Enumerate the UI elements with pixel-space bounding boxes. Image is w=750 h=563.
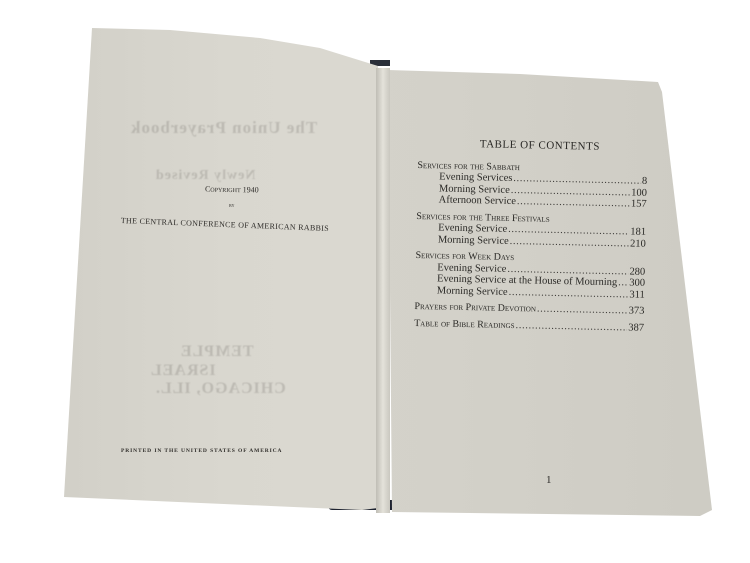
bleed-through-block-1: TEMPLE bbox=[180, 343, 254, 361]
toc-entry-page: 387 bbox=[628, 322, 644, 334]
book-gutter bbox=[376, 68, 390, 513]
bleed-through-title: The Union Prayerbook bbox=[130, 118, 317, 138]
bleed-through-subtitle: Newly Revised bbox=[155, 168, 256, 184]
printed-in-line: PRINTED IN THE UNITED STATES OF AMERICA bbox=[121, 448, 282, 454]
toc-entry-page: 210 bbox=[630, 238, 646, 250]
toc-entry-label: Afternoon Service bbox=[439, 194, 516, 207]
toc-section-weekdays: Services for Week Days Evening Service 2… bbox=[415, 250, 646, 301]
toc-entry-page: 181 bbox=[630, 226, 646, 238]
by-line: by bbox=[229, 203, 235, 209]
toc-entry-page: 280 bbox=[629, 266, 645, 278]
toc-entry-page: 100 bbox=[631, 187, 647, 199]
page-number: 1 bbox=[546, 474, 552, 486]
copyright-line: Copyright 1940 bbox=[205, 185, 259, 195]
leader-dots bbox=[509, 286, 629, 300]
toc-entry-page: 8 bbox=[642, 176, 647, 188]
toc-entry: Table of Bible Readings 387 bbox=[414, 317, 644, 333]
toc-entry-label: Prayers for Private Devotion bbox=[414, 301, 536, 315]
toc-section-festivals: Services for the Three Festivals Evening… bbox=[416, 210, 647, 249]
toc-section-sabbath: Services for the Sabbath Evening Service… bbox=[417, 159, 648, 210]
toc-entry-page: 300 bbox=[629, 277, 645, 289]
leader-dots bbox=[537, 304, 628, 317]
toc-entry-label: Morning Service bbox=[438, 234, 509, 247]
leader-dots bbox=[517, 196, 630, 210]
table-of-contents: TABLE OF CONTENTS Services for the Sabba… bbox=[414, 138, 648, 339]
toc-entry-label: Table of Bible Readings bbox=[414, 317, 515, 331]
bleed-through-block-2: ISRAEL bbox=[150, 362, 216, 380]
leader-dots bbox=[515, 320, 627, 334]
leader-dots bbox=[510, 235, 630, 249]
toc-entry-page: 311 bbox=[629, 289, 645, 301]
leader-dots bbox=[618, 277, 628, 289]
toc-entry: Prayers for Private Devotion 373 bbox=[414, 301, 644, 317]
toc-entry-label: Morning Service bbox=[437, 285, 508, 298]
toc-entry-page: 373 bbox=[629, 305, 645, 317]
toc-standalone-bible-readings: Table of Bible Readings 387 bbox=[414, 317, 644, 333]
toc-standalone-private-devotion: Prayers for Private Devotion 373 bbox=[414, 301, 644, 317]
toc-entry-page: 157 bbox=[631, 198, 647, 210]
bleed-through-block-3: CHICAGO, ILL. bbox=[155, 380, 286, 398]
